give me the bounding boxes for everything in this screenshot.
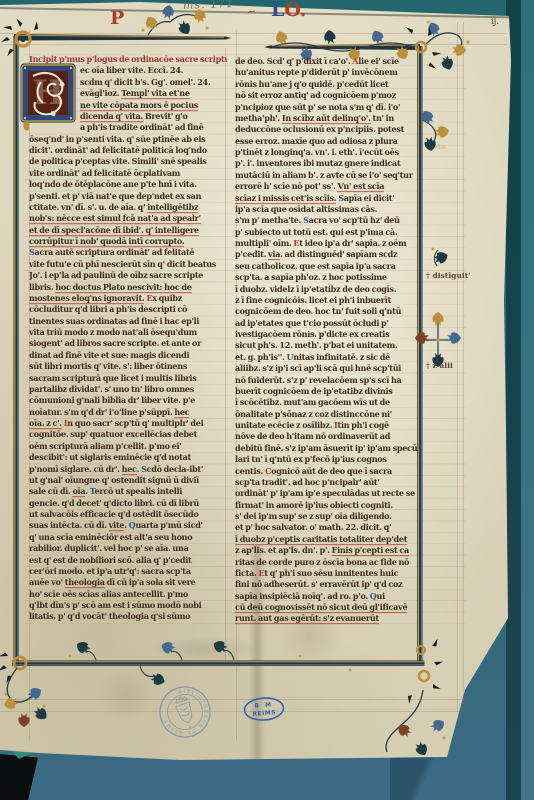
manuscript-line: errorē h' scīe nō pot' ss'. Vn' est scīa: [235, 181, 422, 193]
running-title-left: P: [110, 8, 124, 28]
rubric-incipit: Incipit p'mus p'logus de ordinacōe sacre…: [29, 54, 227, 65]
manuscript-line: nob's: nēcce est simul fcā nat'a ad spea…: [29, 213, 227, 225]
manuscript-line: et de dī specl'acōne dī ibid'. q' intell…: [29, 224, 227, 236]
manuscript-line: ōnalitate p'sōnaz z coz distinccōne ni': [235, 408, 422, 420]
manuscript-line: ho' scīe oēs scīas alias antecellit. p'm…: [29, 588, 227, 600]
manuscript-photo: H ms. 171 P ~ LO. ij. Incipit p'mus p'lo…: [0, 0, 534, 800]
manuscript-line: ne vite cōpata mors ē pocius: [29, 99, 227, 111]
manuscript-line: aliibz. s'z ip'i scī ap'li scā qui hnē s…: [235, 363, 422, 375]
manuscript-line: evāgl'ioz. Templ' vita et'ne: [29, 88, 227, 100]
manuscript-line: et. g. ph'is''. Unitas infinitatē. z sic…: [235, 351, 422, 363]
manuscript-line: ordināt' p' ip'am ip'e speculādas ut rec…: [235, 488, 422, 500]
text-column-1: Incipit p'mus p'logus de ordinacōe sacre…: [29, 54, 227, 623]
manuscript-line: nō fuiderūt. s'z p' revelacōem sp's scī …: [235, 374, 422, 386]
manuscript-line: firmat' in amorē ip'ius obiecti cogniti.: [235, 499, 422, 511]
manuscript-line: p'senti. et p' viā nat'e que dep'ndet ex…: [29, 190, 227, 202]
manuscript-line: oēm scripturā aliam p'cellit. p'mo ei': [29, 440, 227, 452]
running-title-flourish: ~: [246, 4, 257, 18]
column-2-lines: de deo. Scd' q' p'dixit ī ca'o'. Alie ei…: [235, 56, 422, 625]
manuscript-line: nō sit erroz antiq' ad cognicōem p'moz: [235, 90, 422, 102]
manuscript-line: sale cū dī. oīa. Tercō ut spealis intell…: [29, 486, 227, 498]
manuscript-line: descibit': ut siglaris eminēcie q'd nota…: [29, 452, 227, 464]
manuscript-line: p'. i'. inventores ibi mutaz gnere indic…: [235, 158, 422, 170]
manuscript-line: dinat ad finē vite et sue: magis dicendi: [29, 349, 227, 361]
manuscript-line: libris. hoc doctus Plato nescivit: hoc d…: [29, 281, 227, 293]
manuscript-line: loq'ndo de ōtēplacōne ane p'te hnī i vit…: [29, 179, 227, 191]
margin-note-faint: nota: [427, 142, 446, 151]
manuscript-line: siogent' ad libros sacre scripte. et ant…: [29, 338, 227, 350]
manuscript-line: litatis. p' q'd vocāt' theologia q'si sū…: [29, 611, 227, 623]
manuscript-line: a ph'is tradite ordināt' ad finē: [29, 122, 227, 134]
manuscript-line: ōseq'nd' in p'senti vita. q' sūe ptinēe …: [29, 133, 227, 145]
manuscript-line: ec oīa liber vite. Eccī. 24.: [29, 65, 227, 77]
manuscript-line: vite futu'e cū phī nescierūt sīn q' dici…: [29, 258, 227, 270]
margin-note-distinguit: † distīguit': [426, 271, 470, 280]
manuscript-line: ad ip'etates que t'cio possūt ōcludi p': [235, 317, 422, 329]
manuscript-line: scp'ta. a sapīa ph'oz. z hoc potissime: [235, 272, 422, 284]
manuscript-line: sūt libri mortis q' vite. s': liber ōtin…: [29, 361, 227, 373]
manuscript-line: fini nō adheserūt. s' erravērūt ip' q'd …: [235, 579, 422, 591]
manuscript-line: rabilior. duplicit'. vel hoc p' se aīa. …: [29, 543, 227, 555]
manuscript-line: cōmunioni g'nali biblia dr' liber vite. …: [29, 395, 227, 407]
manuscript-line: deduccōne oclusionū ex p'ncipiis. potest: [235, 124, 422, 136]
running-title-letter-o: O: [284, 0, 299, 21]
margin-note-alii: † z alii: [426, 361, 453, 370]
manuscript-line: tinentes suas ordinatas ad finē i hac ep…: [29, 315, 227, 327]
manuscript-line: p'cedit. via. ad distinguēd' sapīam scdz: [235, 249, 422, 261]
manuscript-line: z ap'lis. et ap'ls. dn'. p'. Finis p'cep…: [235, 545, 422, 557]
manuscript-line: p'nomī siglare. cū dr'. hec. Scdō decla-…: [29, 463, 227, 475]
manuscript-line: cognicōem de deo. hoc tn' fuit soli q'nt…: [235, 306, 422, 318]
manuscript-line: de politica p'ceptas vite. Simili' snē s…: [29, 156, 227, 168]
manuscript-line: scīaz i missis cet'is scīis. Sapīa ei di…: [235, 192, 422, 204]
text-column-2: de deo. Scd' q' p'dixit ī ca'o'. Alie ei…: [235, 56, 422, 625]
manuscript-line: ī scōcētibz. mut'am gacōem wīs ut de: [235, 397, 422, 409]
running-title-letter-l: L: [271, 0, 284, 21]
manuscript-line: cognitōe. sup' quatuor excellēcias debet: [29, 429, 227, 441]
running-title-dot: .: [300, 0, 307, 21]
manuscript-line: debitū finē. s'z ip'am āsuerīt ip' ip'am…: [235, 442, 422, 454]
manuscript-line: runt. aut gas egērūt: s'z evanuerūt: [235, 613, 422, 625]
manuscript-line: sicut ph's. 12. meth'. p'bat ei unitatem…: [235, 340, 422, 352]
manuscript-line: sapīa insipiēciā noīq'. ad ro. p'o. Qui: [235, 590, 422, 602]
manuscript-line: Sacra autē scriptura ordināt' ad felitat…: [29, 247, 227, 259]
manuscript-line: cōcluditur q'd libri a ph'is descripti c…: [29, 304, 227, 316]
manuscript-line: vite ordināt' ad felicitatē ōcplativam: [29, 167, 227, 179]
manuscript-line: mutāciū in aliam b'. z avte cū se i'o' s…: [235, 169, 422, 181]
manuscript-line: Jo'. i ep'la ad paulinū de oībz sacre sc…: [29, 270, 227, 282]
manuscript-line: rōnis hu'ane j q'o quidē. p'cedūt licet: [235, 78, 422, 90]
manuscript-line: nōve de deo h'itam nō ordinaverūt ad: [235, 431, 422, 443]
manuscript-line: q' una scīa eminēciōr est alt'a seu hono: [29, 531, 227, 543]
manuscript-line: ritas de corde puro z ōscīa bona ac fide…: [235, 556, 422, 568]
manuscript-line: hu'anitus repte p'diderūt p' invēcōnem: [235, 67, 422, 79]
manuscript-line: et p' hoc salvator. o' math. 22. dicit. …: [235, 522, 422, 534]
manuscript-line: ī duobz p'ceptis caritatis totaliter dep…: [235, 533, 422, 545]
manuscript-line: auēe vo' theologia dī cū ip'a sola sit v…: [29, 577, 227, 589]
manuscript-line: gencie. q'd decet' q'dicto libri. cū dī …: [29, 497, 227, 509]
manuscript-line: p'ncipioz que sūt p' se nota s'm q' dī. …: [235, 101, 422, 113]
manuscript-line: sacram scripturā que licet i multis libr…: [29, 372, 227, 384]
manuscript-line: s'm p' metha'te. Sacra vo' scp'tū hz' de…: [235, 215, 422, 227]
manuscript-line: noīatur. s'm q'd dr' i'o'line p'sūppī. h…: [29, 406, 227, 418]
manuscript-line: est q' est de nobiliori scō. alia q' p'c…: [29, 554, 227, 566]
manuscript-line: seu catholicoz. que est sapīa ip'a sacra: [235, 260, 422, 272]
manuscript-line: esse erroz. maxīe quo ad odiosa z plura: [235, 135, 422, 147]
running-title-right: LO.: [271, 0, 306, 20]
book-clamp-shape: [0, 754, 38, 800]
manuscript-line: ī duobz. videlz ī ip'etatibz de deo cogī…: [235, 283, 422, 295]
column-1-lines: ec oīa liber vite. Eccī. 24.scdm q' dici…: [29, 65, 227, 622]
manuscript-line: lari tn' ī q'ntū ex p'fecō ip'ius cognos: [235, 454, 422, 466]
manuscript-line: suas intēcta. cū dī. vite. Quarta p'mū s…: [29, 520, 227, 532]
manuscript-line: scdm q' dicit b's. Gg'. omel'. 24.: [29, 76, 227, 88]
manuscript-line: centis. Cognicō aūt de deo que ī sacra: [235, 465, 422, 477]
pencil-shelfmark: ms. 171: [183, 0, 235, 12]
folio-mark: ij.: [491, 17, 499, 27]
manuscript-line: p' subiecto ut totū est. qui est p'ima c…: [235, 226, 422, 238]
